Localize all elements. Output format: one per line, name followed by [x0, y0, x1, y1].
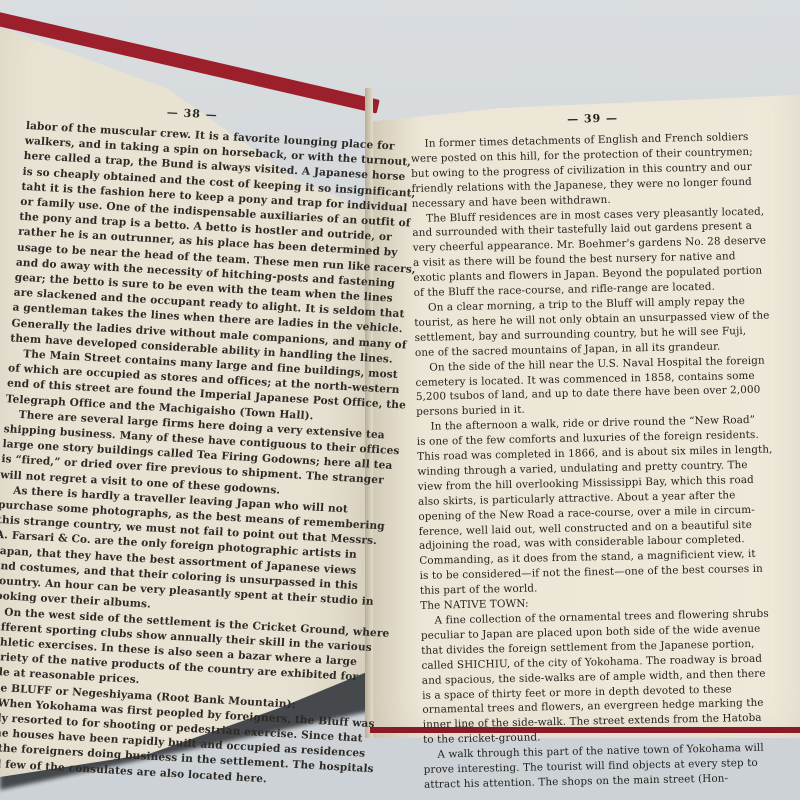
left-page-body: labor of the muscular crew. It is a favo… — [0, 119, 356, 789]
right-page-body: In former times detachments of English a… — [410, 129, 789, 792]
left-page-text: — 38 — labor of the muscular crew. It is… — [0, 98, 358, 789]
right-page-text: — 39 — In former times detachments of En… — [410, 108, 789, 792]
